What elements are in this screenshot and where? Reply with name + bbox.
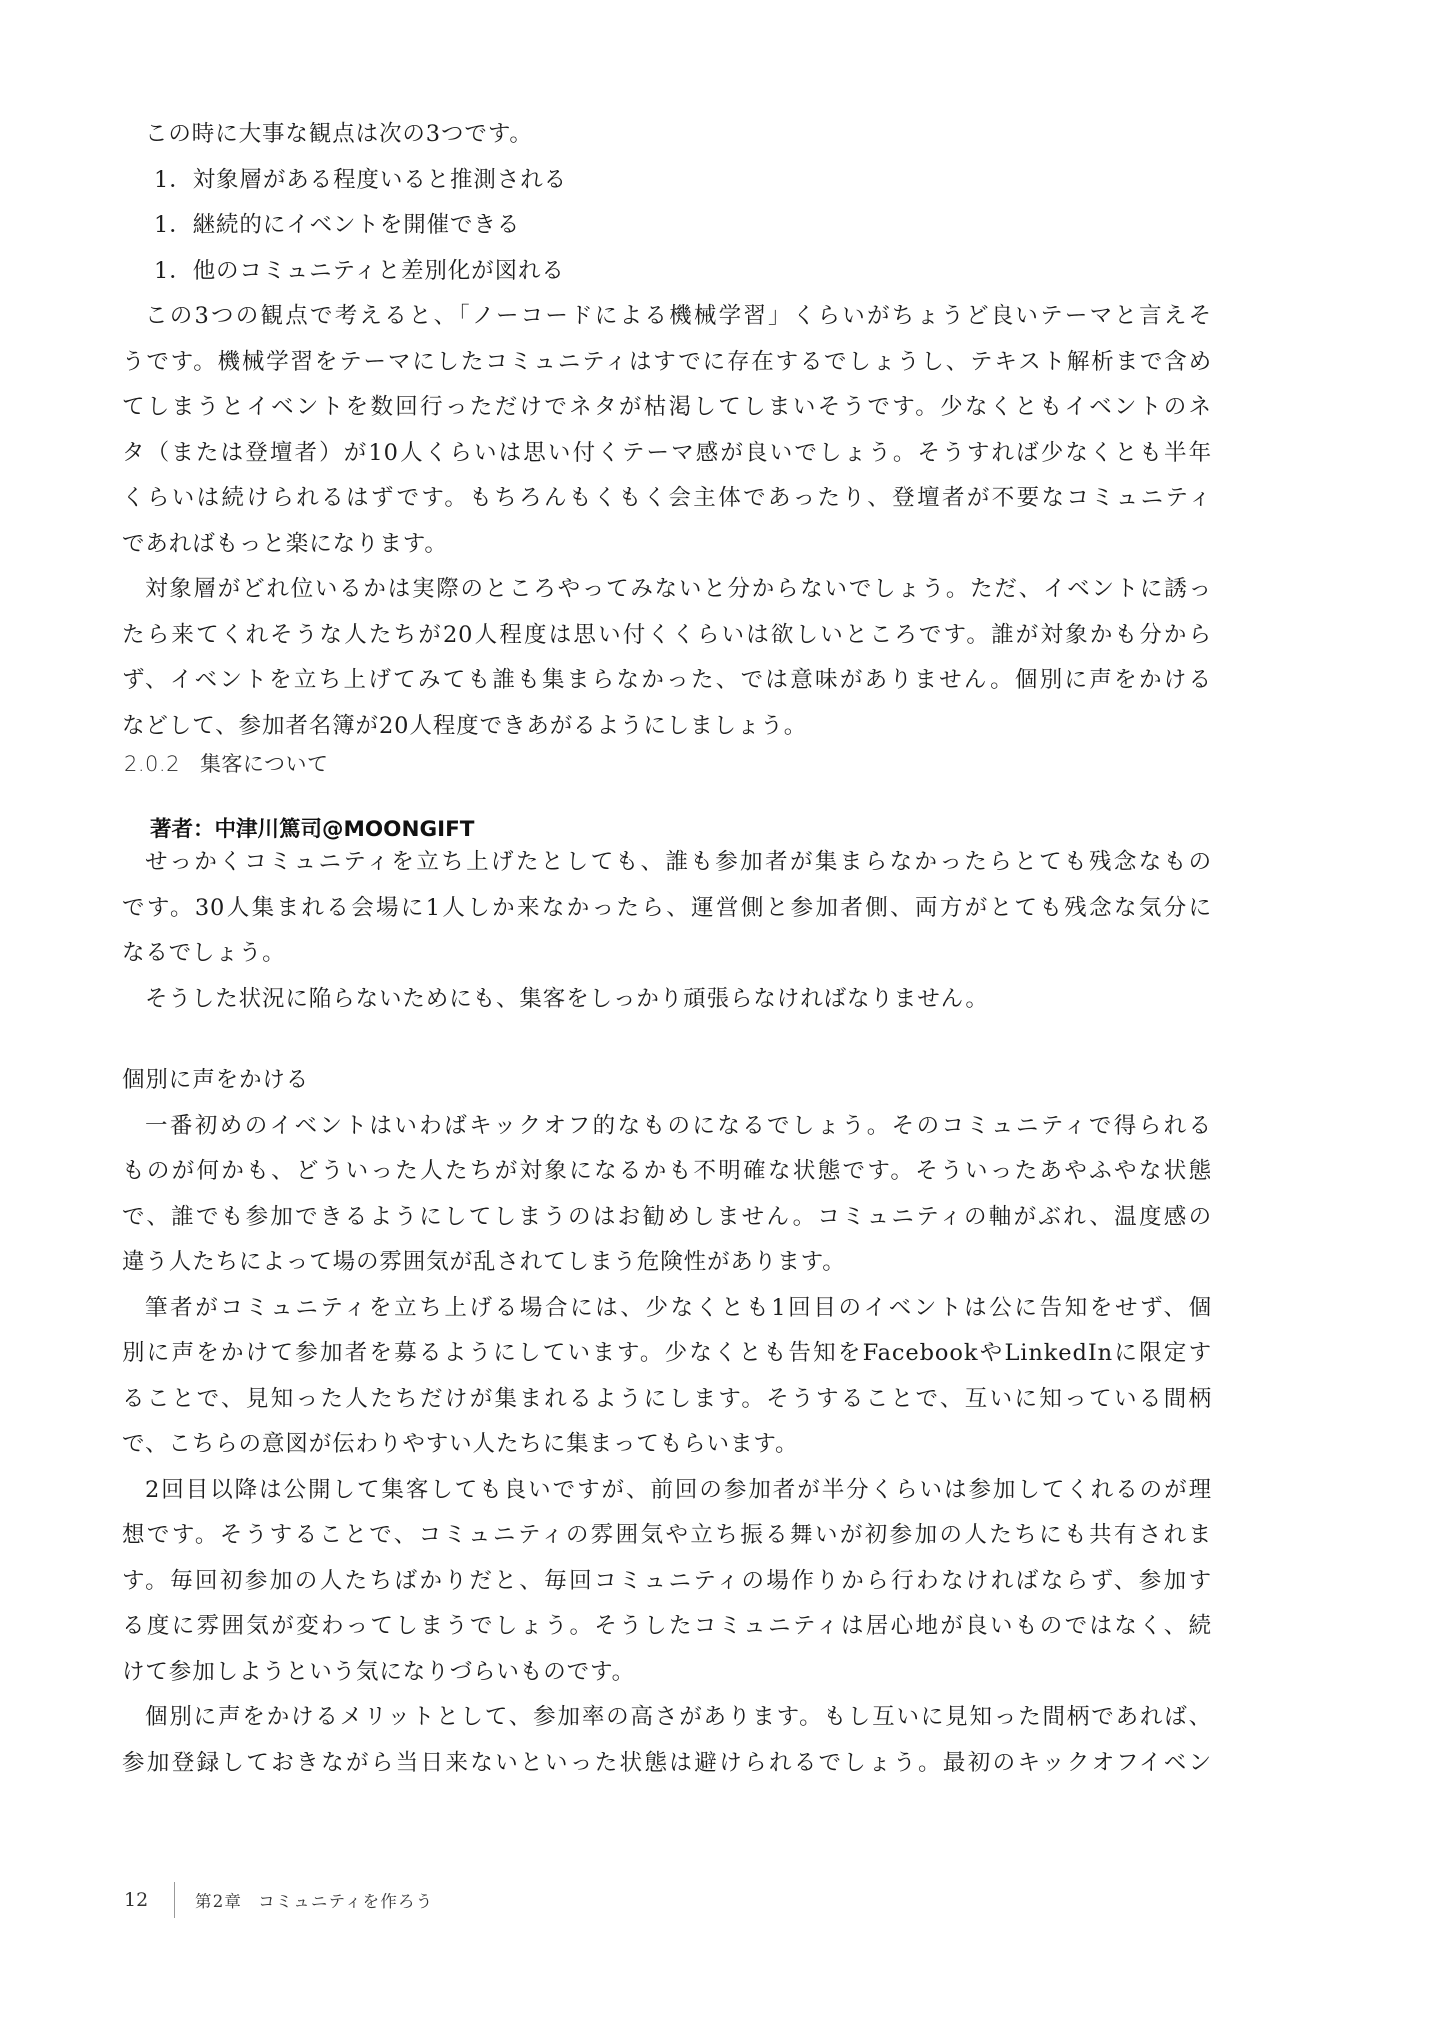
list-item: 1．対象層がある程度いると推測される xyxy=(122,158,1212,204)
subheading: 個別に声をかける xyxy=(122,1058,1212,1104)
top-section: この時に大事な観点は次の3つです。 1．対象層がある程度いると推測される 1．継… xyxy=(122,112,1212,749)
paragraph-line: ものが何かも、どういった人たちが対象になるかも不明確な状態です。そういったあやふ… xyxy=(122,1149,1212,1195)
paragraph-line: 2回目以降は公開して集客しても良いですが、前回の参加者が半分くらいは参加してくれ… xyxy=(122,1468,1212,1514)
list-marker: 1． xyxy=(154,167,193,193)
paragraph-line: けて参加しようという気になりづらいものです。 xyxy=(122,1650,1212,1696)
page-number: 12 xyxy=(124,1889,174,1911)
intro-line: この時に大事な観点は次の3つです。 xyxy=(122,112,1212,158)
paragraph-line: る度に雰囲気が変わってしまうでしょう。そうしたコミュニティは居心地が良いものでは… xyxy=(122,1604,1212,1650)
section-body: せっかくコミュニティを立ち上げたとしても、誰も参加者が集まらなかったらとても残念… xyxy=(122,840,1212,1022)
paragraph-line: タ（または登壇者）が10人くらいは思い付くテーマ感が良いでしょう。そうすれば少な… xyxy=(122,431,1212,477)
paragraph-line: 個別に声をかけるメリットとして、参加率の高さがあります。もし互いに見知った間柄で… xyxy=(122,1695,1212,1741)
list-item-text: 継続的にイベントを開催できる xyxy=(193,212,521,238)
list-marker: 1． xyxy=(154,258,193,284)
paragraph-line: くらいは続けられるはずです。もちろんもくもく会主体であったり、登壇者が不要なコミ… xyxy=(122,476,1212,522)
chapter-title: コミュニティを作ろう xyxy=(258,1892,433,1911)
paragraph-line: 一番初めのイベントはいわばキックオフ的なものになるでしょう。そのコミュニティで得… xyxy=(122,1104,1212,1150)
paragraph-line: 対象層がどれ位いるかは実際のところやってみないと分からないでしょう。ただ、イベン… xyxy=(122,567,1212,613)
paragraph-line: などして、参加者名簿が20人程度できあがるようにしましょう。 xyxy=(122,704,1212,750)
paragraph-line: であればもっと楽になります。 xyxy=(122,522,1212,568)
paragraph-line: せっかくコミュニティを立ち上げたとしても、誰も参加者が集まらなかったらとても残念… xyxy=(122,840,1212,886)
section-number: 2.0.2 xyxy=(124,752,180,776)
paragraph-line: で、誰でも参加できるようにしてしまうのはお勧めしません。コミュニティの軸がぶれ、… xyxy=(122,1195,1212,1241)
paragraph-line: この3つの観点で考えると、「ノーコードによる機械学習」くらいがちょうど良いテーマ… xyxy=(122,294,1212,340)
book-page: この時に大事な観点は次の3つです。 1．対象層がある程度いると推測される 1．継… xyxy=(0,0,1433,2024)
chapter-running-head: 第2章コミュニティを作ろう xyxy=(195,1888,433,1912)
paragraph-line: す。毎回初参加の人たちばかりだと、毎回コミュニティの場作りから行わなければならず… xyxy=(122,1559,1212,1605)
paragraph-line: 筆者がコミュニティを立ち上げる場合には、少なくとも1回目のイベントは公に告知をせ… xyxy=(122,1286,1212,1332)
list-item-text: 対象層がある程度いると推測される xyxy=(193,167,567,193)
paragraph-line: たら来てくれそうな人たちが20人程度は思い付くくらいは欲しいところです。誰が対象… xyxy=(122,613,1212,659)
author-line: 著者：中津川篤司@MOONGIFT xyxy=(150,812,474,843)
paragraph-line: なるでしょう。 xyxy=(122,931,1212,977)
paragraph-line: で、こちらの意図が伝わりやすい人たちに集まってもらいます。 xyxy=(122,1422,1212,1468)
paragraph-line: ず、イベントを立ち上げてみても誰も集まらなかった、では意味がありません。個別に声… xyxy=(122,658,1212,704)
section-heading: 2.0.2集客について xyxy=(124,748,329,778)
paragraph-line: そうした状況に陥らないためにも、集客をしっかり頑張らなければなりません。 xyxy=(122,977,1212,1023)
paragraph-line: ることで、見知った人たちだけが集まれるようにします。そうすることで、互いに知って… xyxy=(122,1377,1212,1423)
list-item: 1．継続的にイベントを開催できる xyxy=(122,203,1212,249)
paragraph-line: うです。機械学習をテーマにしたコミュニティはすでに存在するでしょうし、テキスト解… xyxy=(122,340,1212,386)
list-item: 1．他のコミュニティと差別化が図れる xyxy=(122,249,1212,295)
paragraph-line: 参加登録しておきながら当日来ないといった状態は避けられるでしょう。最初のキックオ… xyxy=(122,1741,1212,1787)
footer-divider xyxy=(174,1882,175,1918)
chapter-number: 第2章 xyxy=(195,1892,242,1911)
paragraph-line: です。30人集まれる会場に1人しか来なかったら、運営側と参加者側、両方がとても残… xyxy=(122,886,1212,932)
paragraph-line: 別に声をかけて参加者を募るようにしています。少なくとも告知をFacebookやL… xyxy=(122,1331,1212,1377)
page-footer: 12 第2章コミュニティを作ろう xyxy=(124,1882,433,1918)
list-marker: 1． xyxy=(154,212,193,238)
subsection: 個別に声をかける 一番初めのイベントはいわばキックオフ的なものになるでしょう。そ… xyxy=(122,1058,1212,1786)
paragraph-line: 違う人たちによって場の雰囲気が乱されてしまう危険性があります。 xyxy=(122,1240,1212,1286)
paragraph-line: てしまうとイベントを数回行っただけでネタが枯渇してしまいそうです。少なくともイベ… xyxy=(122,385,1212,431)
section-title: 集客について xyxy=(200,752,329,776)
paragraph-line: 想です。そうすることで、コミュニティの雰囲気や立ち振る舞いが初参加の人たちにも共… xyxy=(122,1513,1212,1559)
list-item-text: 他のコミュニティと差別化が図れる xyxy=(193,258,565,284)
